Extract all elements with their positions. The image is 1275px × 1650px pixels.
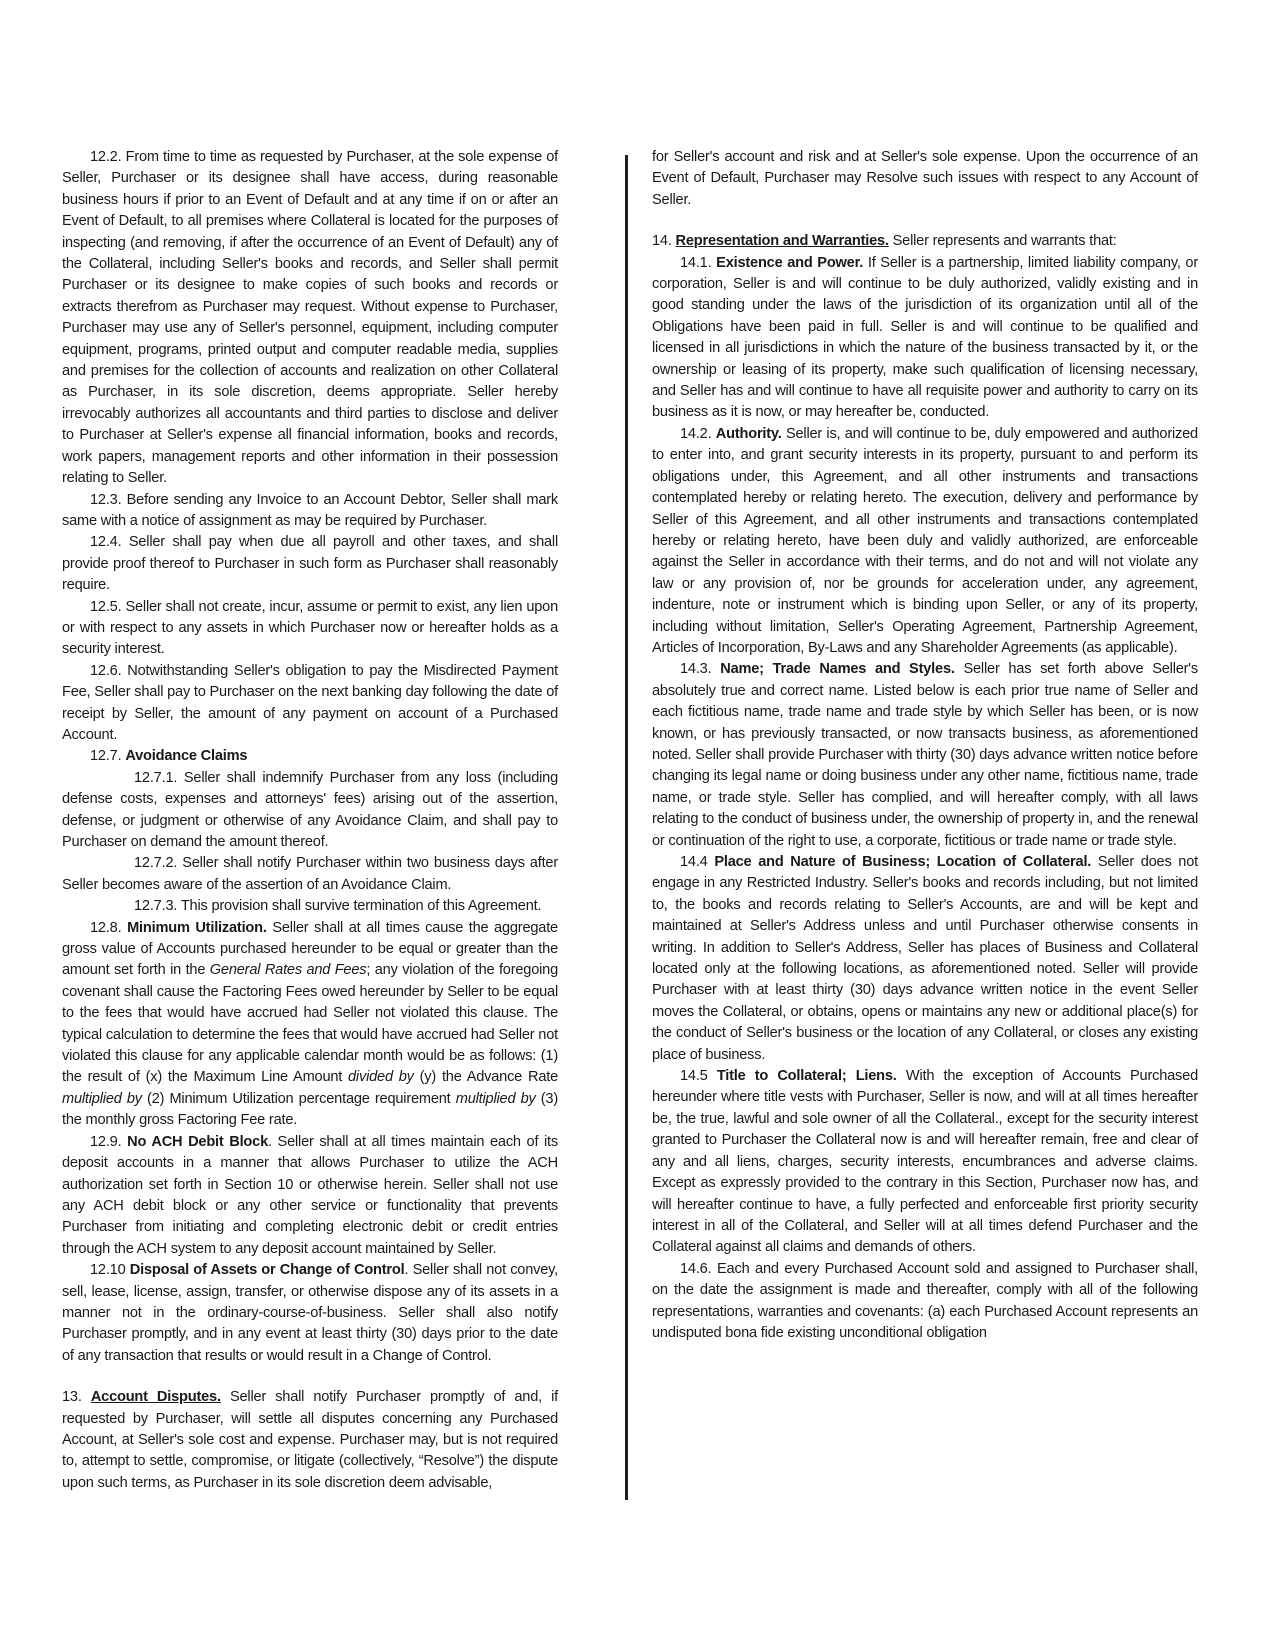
text-run: Disposal of Assets or Change of Control (130, 1262, 405, 1278)
text-run: If Seller is a partnership, limited liab… (652, 255, 1198, 421)
text-run: Seller represents and warrants that: (889, 233, 1117, 249)
text-run: Representation and Warranties. (676, 233, 889, 249)
text-run: Seller is, and will continue to be, duly… (652, 426, 1198, 656)
text-run: General Rates and Fees (210, 962, 367, 978)
clause-12-7-3: 12.7.3. This provision shall survive ter… (62, 896, 558, 917)
text-run: 12.7.3. This provision shall survive ter… (134, 898, 541, 914)
clause-14-3: 14.3. Name; Trade Names and Styles. Sell… (652, 659, 1198, 852)
text-run: Existence and Power. (716, 255, 863, 271)
clause-14-2: 14.2. Authority. Seller is, and will con… (652, 424, 1198, 659)
text-run: 12.10 (90, 1262, 130, 1278)
text-run: 12.7. (90, 748, 125, 764)
clause-12-7: 12.7. Avoidance Claims (62, 746, 558, 767)
text-run: 14.1. (680, 255, 716, 271)
text-run: 12.2. From time to time as requested by … (62, 149, 558, 486)
clause-14-6: 14.6. Each and every Purchased Account s… (652, 1259, 1198, 1345)
section-13-account-disputes: 13. Account Disputes. Seller shall notif… (62, 1387, 558, 1494)
text-run: Seller does not engage in any Restricted… (652, 854, 1198, 1063)
section-14-representation-and-warranties: 14. Representation and Warranties. Selle… (652, 231, 1198, 252)
clause-14-5: 14.5 Title to Collateral; Liens. With th… (652, 1066, 1198, 1259)
text-run: 14.5 (680, 1068, 717, 1084)
clause-12-6: 12.6. Notwithstanding Seller's obligatio… (62, 661, 558, 747)
text-run: multiplied by (62, 1091, 142, 1107)
text-run: 12.7.1. Seller shall indemnify Purchaser… (62, 770, 558, 850)
text-run: Account Disputes. (91, 1389, 221, 1405)
clause-12-4: 12.4. Seller shall pay when due all payr… (62, 532, 558, 596)
text-run: 14. (652, 233, 676, 249)
text-run: Name; Trade Names and Styles. (720, 661, 954, 677)
text-run: Avoidance Claims (125, 748, 247, 764)
text-run: 14.3. (680, 661, 720, 677)
text-run: 13. (62, 1389, 91, 1405)
clause-12-2: 12.2. From time to time as requested by … (62, 147, 558, 490)
clause-12-7-2: 12.7.2. Seller shall notify Purchaser wi… (62, 853, 558, 896)
text-run: 12.6. Notwithstanding Seller's obligatio… (62, 663, 558, 743)
clause-14-1: 14.1. Existence and Power. If Seller is … (652, 253, 1198, 424)
text-run: Seller has set forth above Seller's abso… (652, 661, 1198, 848)
text-run: Title to Collateral; Liens. (717, 1068, 897, 1084)
text-run: 14.6. Each and every Purchased Account s… (652, 1261, 1198, 1341)
text-run: 12.3. Before sending any Invoice to an A… (62, 492, 558, 529)
text-run: 14.4 (680, 854, 714, 870)
text-run: (y) the Advance Rate (414, 1069, 558, 1085)
clause-12-3: 12.3. Before sending any Invoice to an A… (62, 490, 558, 533)
clause-14-4: 14.4 Place and Nature of Business; Locat… (652, 852, 1198, 1066)
text-run: ; any violation of the foregoing covenan… (62, 962, 558, 1085)
text-run: No ACH Debit Block (127, 1134, 268, 1150)
clause-12-5: 12.5. Seller shall not create, incur, as… (62, 597, 558, 661)
left-column: 12.2. From time to time as requested by … (62, 147, 558, 1494)
text-run: 12.8. (90, 920, 127, 936)
text-run: Minimum Utilization. (127, 920, 267, 936)
right-column: for Seller's account and risk and at Sel… (652, 147, 1198, 1344)
text-run: multiplied by (456, 1091, 536, 1107)
contract-page: 12.2. From time to time as requested by … (0, 0, 1275, 1650)
text-run: Place and Nature of Business; Location o… (714, 854, 1091, 870)
text-run: With the exception of Accounts Purchased… (652, 1068, 1198, 1255)
text-run: 14.2. (680, 426, 716, 442)
clause-13-continuation: for Seller's account and risk and at Sel… (652, 147, 1198, 211)
clause-12-7-1: 12.7.1. Seller shall indemnify Purchaser… (62, 768, 558, 854)
text-run: 12.9. (90, 1134, 127, 1150)
column-divider (625, 155, 628, 1500)
clause-12-8: 12.8. Minimum Utilization. Seller shall … (62, 918, 558, 1132)
clause-12-9: 12.9. No ACH Debit Block. Seller shall a… (62, 1132, 558, 1260)
text-run: 12.7.2. Seller shall notify Purchaser wi… (62, 855, 558, 892)
text-run: 12.5. Seller shall not create, incur, as… (62, 599, 558, 658)
text-run: for Seller's account and risk and at Sel… (652, 149, 1198, 208)
clause-12-10: 12.10 Disposal of Assets or Change of Co… (62, 1260, 558, 1367)
text-run: (2) Minimum Utilization percentage requi… (142, 1091, 456, 1107)
text-run: 12.4. Seller shall pay when due all payr… (62, 534, 558, 593)
text-run: Authority. (716, 426, 782, 442)
text-run: divided by (348, 1069, 414, 1085)
text-run: . Seller shall at all times maintain eac… (62, 1134, 558, 1257)
